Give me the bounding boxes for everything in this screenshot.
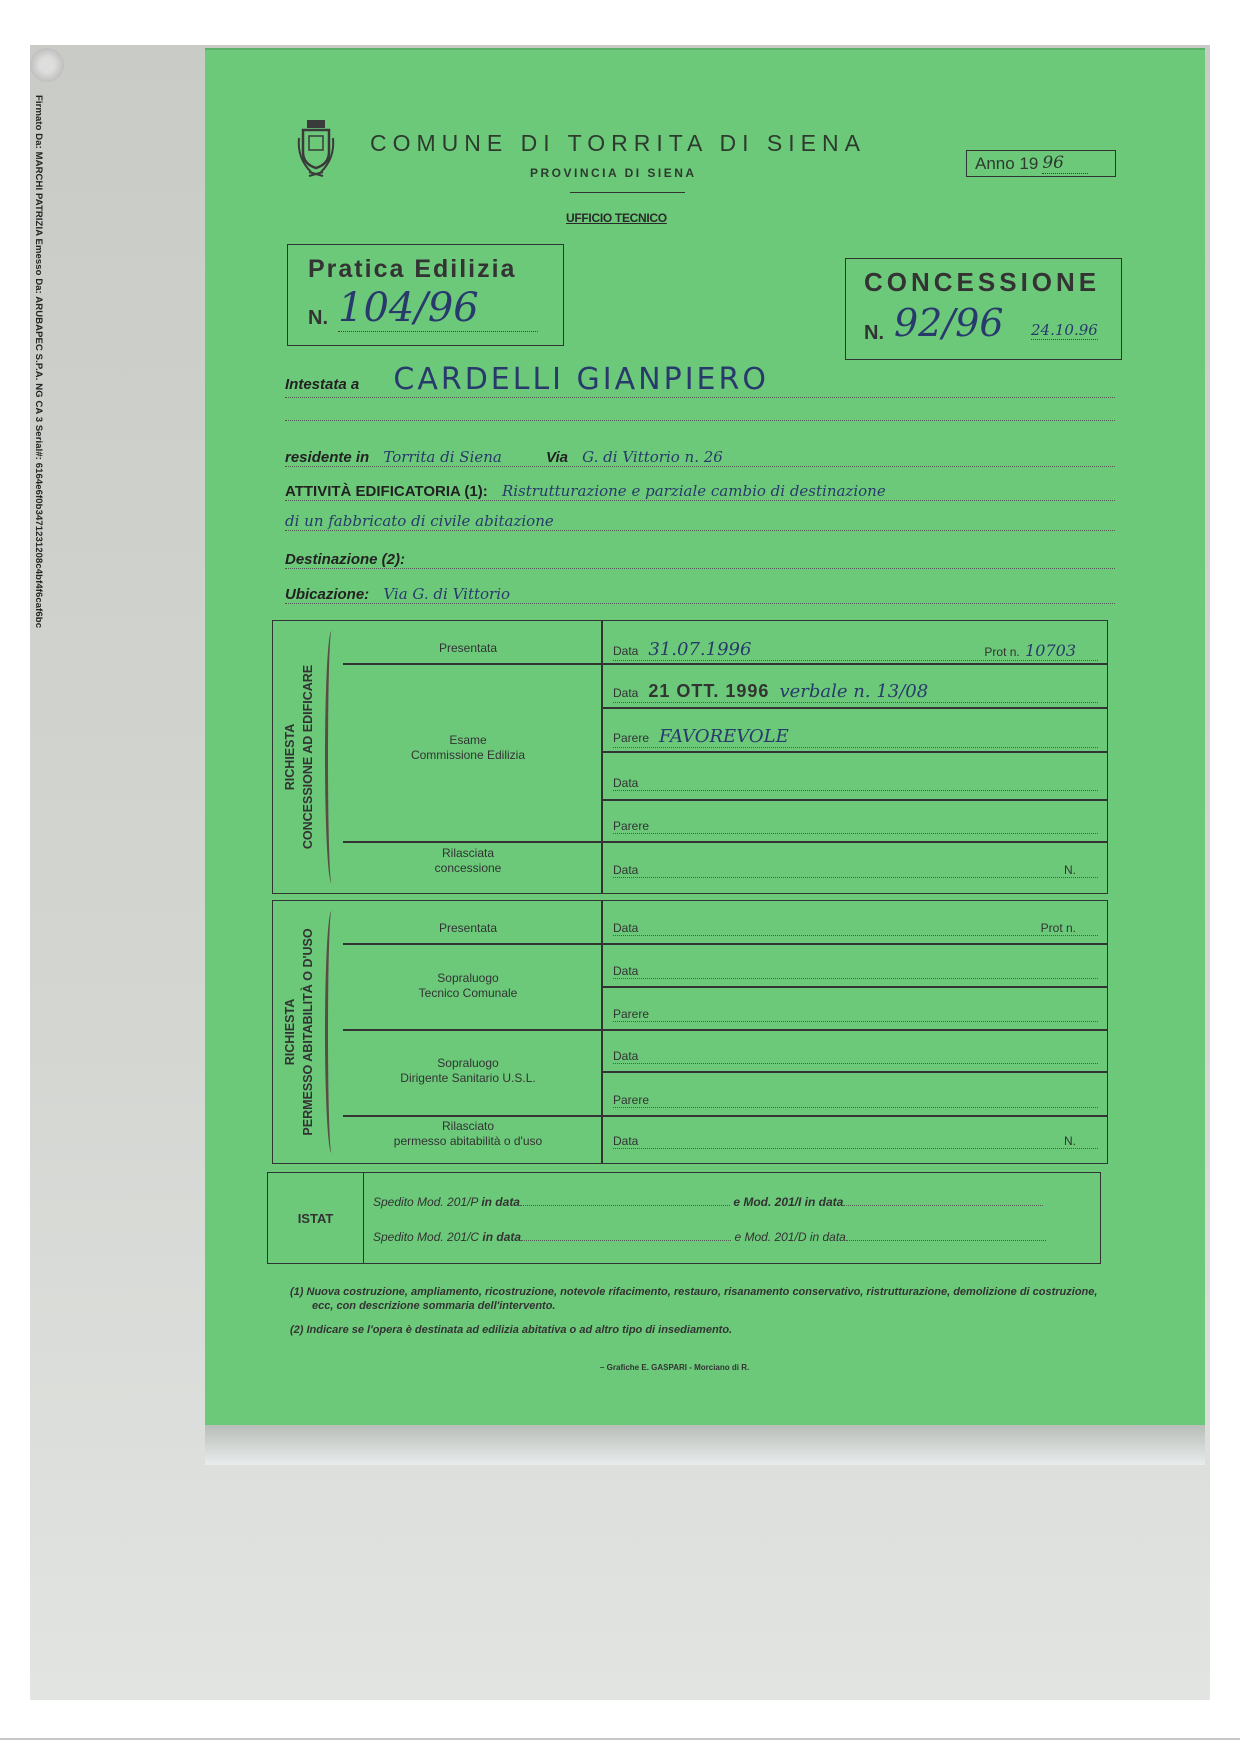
- footnotes: (1) Nuova costruzione, ampliamento, rico…: [290, 1285, 1110, 1347]
- pratica-label: Pratica Edilizia: [308, 255, 516, 284]
- parere-field: ParereFAVOREVOLE: [613, 726, 1098, 748]
- row-divider: [343, 663, 603, 665]
- rilasciato-data-field: Data N.: [613, 1134, 1098, 1149]
- row-divider: [601, 707, 1107, 709]
- esame-data-field: Data21 OTT. 1996verbale n. 13/08: [613, 681, 1098, 703]
- year-value: 96: [1042, 153, 1088, 174]
- parere-value: FAVOREVOLE: [659, 726, 789, 747]
- concessione-label: CONCESSIONE: [864, 267, 1100, 298]
- esame-commissione-label: EsameCommissione Edilizia: [343, 733, 593, 763]
- istat-label: ISTAT: [268, 1173, 364, 1263]
- municipal-crest-icon: [295, 118, 337, 178]
- row-divider: [601, 751, 1107, 753]
- pratica-n-label: N.: [308, 307, 328, 330]
- year-box: Anno 19 96: [966, 150, 1116, 177]
- page-bottom-edge: [0, 1738, 1240, 1740]
- attivita-label: ATTIVITÀ EDIFICATORIA (1):: [285, 483, 488, 500]
- year-label: Anno 19: [975, 154, 1038, 174]
- usl-data-field: Data: [613, 1049, 1098, 1064]
- esame-date-stamp: 21 OTT. 1996: [648, 681, 769, 701]
- concessione-number: 92/96: [894, 301, 1004, 345]
- residente-field: residente in Torrita di Siena Via G. di …: [285, 448, 1115, 467]
- ubicazione-field: Ubicazione: Via G. di Vittorio: [285, 585, 1115, 604]
- rilasciato-permesso-label: Rilasciatopermesso abitabilità o d'uso: [343, 1119, 593, 1149]
- usl-parere-field: Parere: [613, 1093, 1098, 1108]
- row-divider: [343, 841, 1107, 843]
- digital-signature-strip: Firmato Da: MARCHI PATRIZIA Emesso Da: A…: [30, 95, 50, 615]
- folder-flap-shadow: [205, 1425, 1205, 1465]
- attivita-field: ATTIVITÀ EDIFICATORIA (1): Ristrutturazi…: [285, 482, 1115, 501]
- presentata-label-2: Presentata: [343, 921, 593, 935]
- pratica-edilizia-box: Pratica Edilizia N. 104/96: [287, 244, 564, 346]
- section-abitabilita-vertical-label: RICHIESTAPERMESSO ABITABILITÀ O D'USO: [273, 901, 325, 1163]
- residente-value: Torrita di Siena: [383, 448, 501, 466]
- intestata-field: Intestata a CARDELLI GIANPIERO: [285, 362, 1115, 398]
- ubicazione-value: Via G. di Vittorio: [383, 585, 510, 603]
- sopraluogo-usl-label: SopraluogoDirigente Sanitario U.S.L.: [343, 1056, 593, 1086]
- istat-line-2: Spedito Mod. 201/C in data e Mod. 201/D …: [373, 1230, 1083, 1244]
- intestata-label: Intestata a: [285, 376, 359, 393]
- column-divider: [601, 621, 603, 893]
- title-divider: [570, 192, 685, 193]
- concessione-date: 24.10.96: [1031, 321, 1098, 340]
- rilasciata-concessione-label: Rilasciataconcessione: [343, 846, 593, 876]
- document-subtitle: PROVINCIA DI SIENA: [530, 166, 697, 180]
- tecnico-data-field: Data: [613, 964, 1098, 979]
- concessione-box: CONCESSIONE N. 92/96 24.10.96: [845, 258, 1122, 360]
- tecnico-parere-field: Parere: [613, 1007, 1098, 1022]
- verbale-number: verbale n. 13/08: [779, 681, 928, 702]
- row-divider: [343, 1115, 1107, 1117]
- row-divider: [601, 799, 1107, 801]
- via-label: Via: [546, 449, 568, 466]
- row-divider: [601, 1071, 1107, 1073]
- footnote-2: (2) Indicare se l'opera è destinata ad e…: [290, 1323, 1110, 1337]
- scanner-mark: [30, 48, 64, 82]
- presentata-label: Presentata: [343, 641, 593, 655]
- via-value: G. di Vittorio n. 26: [582, 448, 723, 466]
- blank-line: [285, 420, 1115, 421]
- rilasciata-data-field: Data N.: [613, 863, 1098, 878]
- brace-icon: [325, 631, 338, 883]
- attivita-value-line2: di un fabbricato di civile abitazione: [285, 512, 554, 530]
- concessione-n-label: N.: [864, 322, 884, 345]
- intestata-value: CARDELLI GIANPIERO: [393, 362, 769, 397]
- row-divider: [601, 986, 1107, 988]
- attivita-field-line2: di un fabbricato di civile abitazione: [285, 512, 1115, 531]
- section-concessione-edificare: RICHIESTACONCESSIONE AD EDIFICARE Presen…: [272, 620, 1108, 894]
- destinazione-label: Destinazione (2):: [285, 551, 405, 568]
- data-field-2: Data: [613, 776, 1098, 791]
- attivita-value-line1: Ristrutturazione e parziale cambio di de…: [502, 482, 886, 500]
- abitabilita-presentata-field: Data Prot n.: [613, 921, 1098, 936]
- presentata-date: 31.07.1996: [648, 639, 751, 660]
- row-divider: [343, 943, 1107, 945]
- destinazione-field: Destinazione (2):: [285, 550, 1115, 569]
- signature-text: Firmato Da: MARCHI PATRIZIA Emesso Da: A…: [33, 95, 44, 628]
- section-permesso-abitabilita: RICHIESTAPERMESSO ABITABILITÀ O D'USO Pr…: [272, 900, 1108, 1164]
- sopraluogo-tecnico-label: SopraluogoTecnico Comunale: [343, 971, 593, 1001]
- footnote-1: (1) Nuova costruzione, ampliamento, rico…: [290, 1285, 1110, 1313]
- ubicazione-label: Ubicazione:: [285, 586, 369, 603]
- column-divider: [601, 901, 603, 1163]
- row-divider: [343, 1029, 1107, 1031]
- parere-field-2: Parere: [613, 819, 1098, 834]
- istat-box: ISTAT Spedito Mod. 201/P in data e Mod. …: [267, 1172, 1101, 1264]
- istat-line-1: Spedito Mod. 201/P in data e Mod. 201/I …: [373, 1195, 1083, 1209]
- brace-icon: [325, 911, 338, 1153]
- presentata-data-field: Data31.07.1996 Prot n. 10703: [613, 639, 1098, 661]
- document-title: COMUNE DI TORRITA DI SIENA: [370, 130, 866, 157]
- section-concessione-vertical-label: RICHIESTACONCESSIONE AD EDIFICARE: [273, 621, 325, 893]
- protocol-number: 10703: [1025, 641, 1076, 660]
- printer-credit: – Grafiche E. GASPARI - Morciano di R.: [600, 1363, 749, 1372]
- residente-label: residente in: [285, 449, 369, 466]
- row-divider: [601, 663, 1107, 665]
- office-label: UFFICIO TECNICO: [566, 211, 667, 225]
- pratica-number: 104/96: [338, 285, 538, 332]
